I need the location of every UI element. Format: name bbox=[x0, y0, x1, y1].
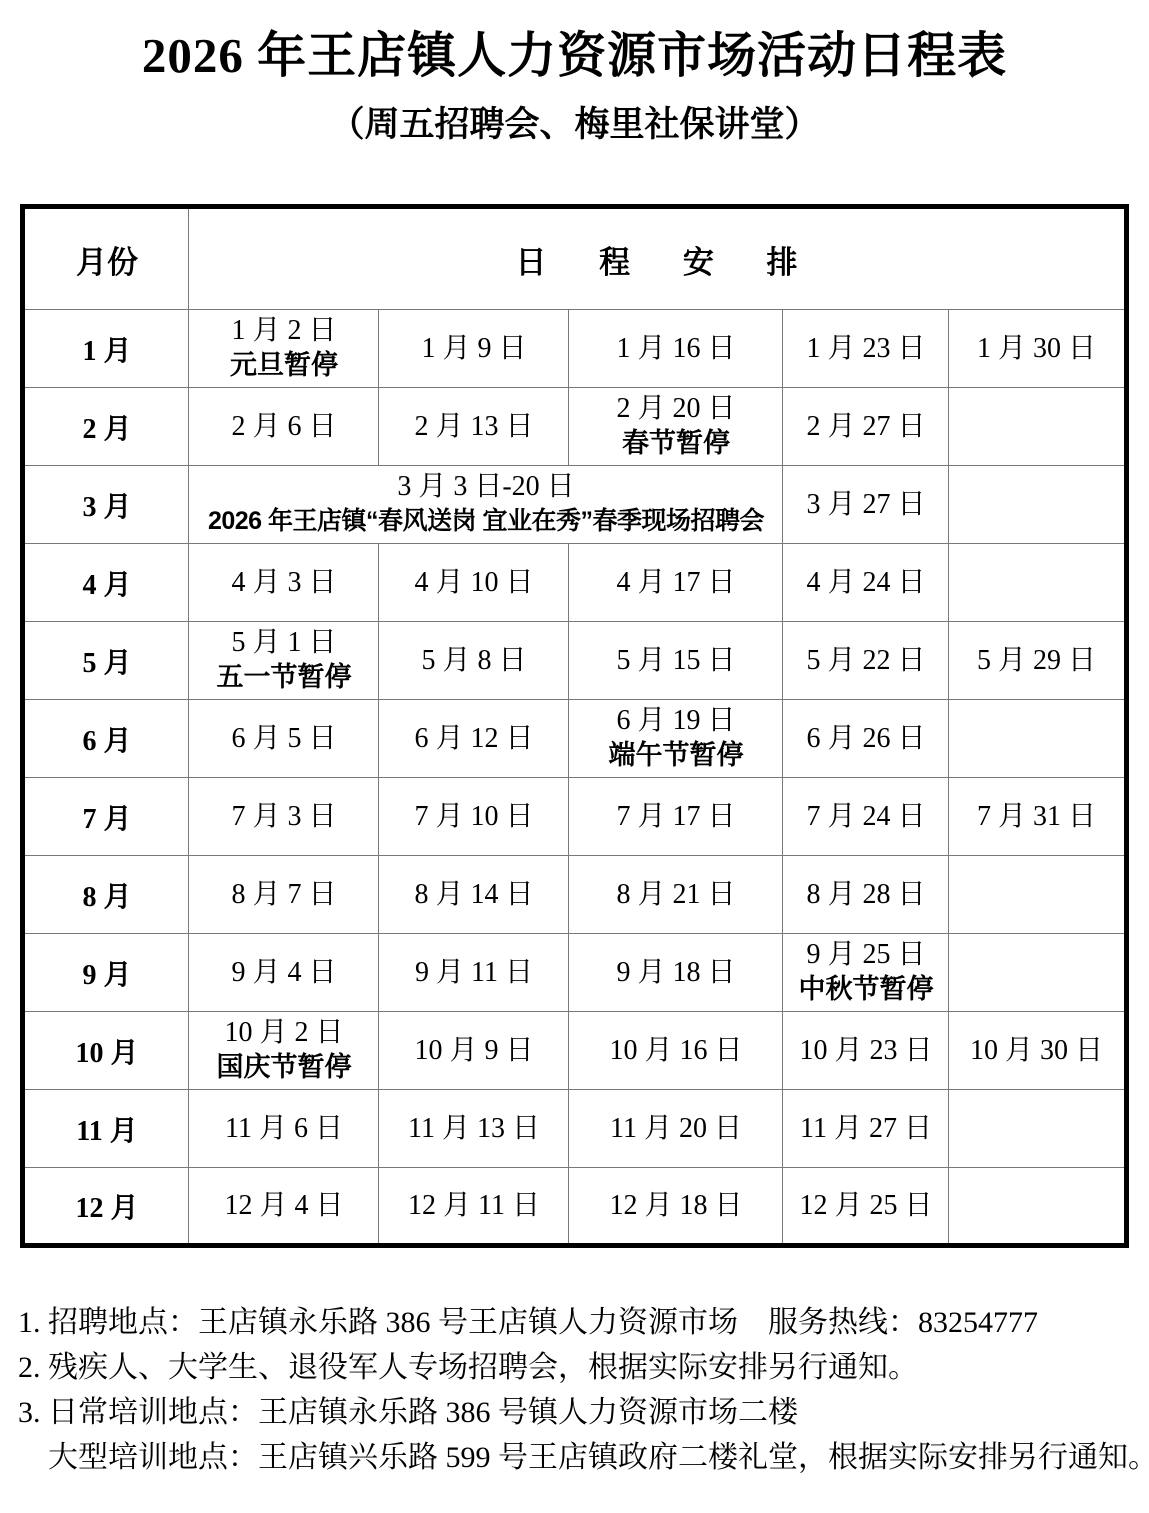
date-text: 7 月 24 日 bbox=[783, 800, 948, 834]
table-row-oct: 10 月 10 月 2 日国庆节暂停 10 月 9 日 10 月 16 日 10… bbox=[23, 1012, 1126, 1090]
date-cell: 5 月 15 日 bbox=[569, 622, 783, 700]
month-cell: 6 月 bbox=[23, 700, 189, 778]
date-cell: 8 月 21 日 bbox=[569, 856, 783, 934]
date-text: 11 月 20 日 bbox=[569, 1112, 782, 1146]
date-cell: 9 月 18 日 bbox=[569, 934, 783, 1012]
date-cell: 10 月 23 日 bbox=[783, 1012, 949, 1090]
schedule-table: 月份 日程安排 1 月 1 月 2 日元旦暂停 1 月 9 日 1 月 16 日… bbox=[20, 204, 1128, 1248]
date-cell: 11 月 13 日 bbox=[379, 1090, 569, 1168]
date-text: 8 月 28 日 bbox=[783, 878, 948, 912]
date-cell: 8 月 14 日 bbox=[379, 856, 569, 934]
month-cell: 9 月 bbox=[23, 934, 189, 1012]
date-text: 1 月 16 日 bbox=[569, 332, 782, 366]
header-cell-schedule: 日程安排 bbox=[189, 207, 1126, 310]
header-cell-month: 月份 bbox=[23, 207, 189, 310]
date-cell: 7 月 24 日 bbox=[783, 778, 949, 856]
date-text: 11 月 13 日 bbox=[379, 1112, 568, 1146]
date-text: 12 月 4 日 bbox=[189, 1189, 378, 1223]
date-text: 4 月 17 日 bbox=[569, 566, 782, 600]
date-cell: 8 月 28 日 bbox=[783, 856, 949, 934]
date-cell: 10 月 2 日国庆节暂停 bbox=[189, 1012, 379, 1090]
date-text: 2 月 20 日 bbox=[569, 392, 782, 426]
date-cell: 4 月 10 日 bbox=[379, 544, 569, 622]
date-cell: 6 月 12 日 bbox=[379, 700, 569, 778]
date-cell: 9 月 11 日 bbox=[379, 934, 569, 1012]
date-text: 7 月 3 日 bbox=[189, 800, 378, 834]
table-row-jun: 6 月 6 月 5 日 6 月 12 日 6 月 19 日端午节暂停 6 月 2… bbox=[23, 700, 1126, 778]
date-cell: 11 月 20 日 bbox=[569, 1090, 783, 1168]
date-cell: 11 月 27 日 bbox=[783, 1090, 949, 1168]
date-text: 4 月 24 日 bbox=[783, 566, 948, 600]
holiday-note: 端午节暂停 bbox=[569, 738, 782, 773]
table-row-jul: 7 月 7 月 3 日 7 月 10 日 7 月 17 日 7 月 24 日 7… bbox=[23, 778, 1126, 856]
table-header-row: 月份 日程安排 bbox=[23, 207, 1126, 310]
date-cell: 12 月 25 日 bbox=[783, 1168, 949, 1246]
date-cell: 12 月 4 日 bbox=[189, 1168, 379, 1246]
table-row-jan: 1 月 1 月 2 日元旦暂停 1 月 9 日 1 月 16 日 1 月 23 … bbox=[23, 310, 1126, 388]
date-cell: 1 月 2 日元旦暂停 bbox=[189, 310, 379, 388]
note-daily-training-location: 3. 日常培训地点：王店镇永乐路 386 号镇人力资源市场二楼 bbox=[18, 1390, 1149, 1435]
date-text: 2 月 13 日 bbox=[379, 410, 568, 444]
date-cell: 1 月 9 日 bbox=[379, 310, 569, 388]
table-row-apr: 4 月 4 月 3 日 4 月 10 日 4 月 17 日 4 月 24 日 bbox=[23, 544, 1126, 622]
date-text: 6 月 5 日 bbox=[189, 722, 378, 756]
date-text: 6 月 12 日 bbox=[379, 722, 568, 756]
date-cell: 6 月 19 日端午节暂停 bbox=[569, 700, 783, 778]
date-text: 9 月 11 日 bbox=[379, 956, 568, 990]
date-cell bbox=[949, 388, 1126, 466]
date-text: 6 月 19 日 bbox=[569, 704, 782, 738]
date-cell: 6 月 5 日 bbox=[189, 700, 379, 778]
date-cell: 5 月 22 日 bbox=[783, 622, 949, 700]
date-text: 11 月 6 日 bbox=[189, 1112, 378, 1146]
date-cell bbox=[949, 1090, 1126, 1168]
date-text: 5 月 22 日 bbox=[783, 644, 948, 678]
date-cell: 1 月 16 日 bbox=[569, 310, 783, 388]
date-cell: 7 月 17 日 bbox=[569, 778, 783, 856]
note-large-training-location: 大型培训地点：王店镇兴乐路 599 号王店镇政府二楼礼堂，根据实际安排另行通知。 bbox=[18, 1435, 1149, 1480]
date-text: 10 月 30 日 bbox=[949, 1034, 1123, 1068]
date-text: 1 月 23 日 bbox=[783, 332, 948, 366]
date-text: 12 月 11 日 bbox=[379, 1189, 568, 1223]
date-cell: 5 月 1 日五一节暂停 bbox=[189, 622, 379, 700]
holiday-note: 中秋节暂停 bbox=[783, 972, 948, 1007]
table-row-dec: 12 月 12 月 4 日 12 月 11 日 12 月 18 日 12 月 2… bbox=[23, 1168, 1126, 1246]
month-cell: 3 月 bbox=[23, 466, 189, 544]
date-text: 12 月 18 日 bbox=[569, 1189, 782, 1223]
holiday-note: 国庆节暂停 bbox=[189, 1050, 378, 1085]
date-text: 6 月 26 日 bbox=[783, 722, 948, 756]
date-cell: 4 月 24 日 bbox=[783, 544, 949, 622]
date-text: 7 月 17 日 bbox=[569, 800, 782, 834]
date-cell: 10 月 30 日 bbox=[949, 1012, 1126, 1090]
month-cell: 2 月 bbox=[23, 388, 189, 466]
date-cell: 9 月 4 日 bbox=[189, 934, 379, 1012]
date-text: 7 月 10 日 bbox=[379, 800, 568, 834]
date-cell: 10 月 16 日 bbox=[569, 1012, 783, 1090]
date-cell: 12 月 18 日 bbox=[569, 1168, 783, 1246]
date-cell: 2 月 27 日 bbox=[783, 388, 949, 466]
date-cell: 1 月 30 日 bbox=[949, 310, 1126, 388]
date-text: 1 月 9 日 bbox=[379, 332, 568, 366]
date-text: 11 月 27 日 bbox=[783, 1112, 948, 1146]
date-cell: 2 月 13 日 bbox=[379, 388, 569, 466]
date-text: 1 月 2 日 bbox=[189, 314, 378, 348]
date-text: 2 月 27 日 bbox=[783, 410, 948, 444]
month-cell: 10 月 bbox=[23, 1012, 189, 1090]
date-text: 1 月 30 日 bbox=[949, 332, 1123, 366]
table-row-aug: 8 月 8 月 7 日 8 月 14 日 8 月 21 日 8 月 28 日 bbox=[23, 856, 1126, 934]
date-cell: 7 月 10 日 bbox=[379, 778, 569, 856]
date-cell: 7 月 3 日 bbox=[189, 778, 379, 856]
table-row-mar: 3 月 3 月 3 日-20 日2026 年王店镇“春风送岗 宜业在秀”春季现场… bbox=[23, 466, 1126, 544]
table-row-nov: 11 月 11 月 6 日 11 月 13 日 11 月 20 日 11 月 2… bbox=[23, 1090, 1126, 1168]
date-cell: 11 月 6 日 bbox=[189, 1090, 379, 1168]
date-cell bbox=[949, 466, 1126, 544]
merged-event-cell: 3 月 3 日-20 日2026 年王店镇“春风送岗 宜业在秀”春季现场招聘会 bbox=[189, 466, 783, 544]
table-row-sep: 9 月 9 月 4 日 9 月 11 日 9 月 18 日 9 月 25 日中秋… bbox=[23, 934, 1126, 1012]
table-row-feb: 2 月 2 月 6 日 2 月 13 日 2 月 20 日春节暂停 2 月 27… bbox=[23, 388, 1126, 466]
date-cell bbox=[949, 544, 1126, 622]
date-cell: 5 月 8 日 bbox=[379, 622, 569, 700]
date-text: 9 月 4 日 bbox=[189, 956, 378, 990]
page-subtitle: （周五招聘会、梅里社保讲堂） bbox=[0, 102, 1149, 148]
month-cell: 5 月 bbox=[23, 622, 189, 700]
date-text: 7 月 31 日 bbox=[949, 800, 1123, 834]
note-recruitment-location: 1. 招聘地点：王店镇永乐路 386 号王店镇人力资源市场 服务热线：83254… bbox=[18, 1300, 1149, 1345]
date-text: 10 月 16 日 bbox=[569, 1034, 782, 1068]
date-cell: 9 月 25 日中秋节暂停 bbox=[783, 934, 949, 1012]
date-text: 3 月 27 日 bbox=[783, 488, 948, 522]
holiday-note: 五一节暂停 bbox=[189, 660, 378, 695]
date-text: 8 月 21 日 bbox=[569, 878, 782, 912]
date-text: 5 月 15 日 bbox=[569, 644, 782, 678]
month-cell: 8 月 bbox=[23, 856, 189, 934]
date-cell: 1 月 23 日 bbox=[783, 310, 949, 388]
date-cell: 4 月 17 日 bbox=[569, 544, 783, 622]
holiday-note: 元旦暂停 bbox=[189, 348, 378, 383]
date-cell bbox=[949, 700, 1126, 778]
date-cell: 2 月 6 日 bbox=[189, 388, 379, 466]
date-cell: 5 月 29 日 bbox=[949, 622, 1126, 700]
holiday-note: 春节暂停 bbox=[569, 426, 782, 461]
date-text: 2 月 6 日 bbox=[189, 410, 378, 444]
month-cell: 11 月 bbox=[23, 1090, 189, 1168]
date-cell: 7 月 31 日 bbox=[949, 778, 1126, 856]
date-text: 12 月 25 日 bbox=[783, 1189, 948, 1223]
date-cell: 2 月 20 日春节暂停 bbox=[569, 388, 783, 466]
date-text: 8 月 7 日 bbox=[189, 878, 378, 912]
date-text: 4 月 3 日 bbox=[189, 566, 378, 600]
date-cell bbox=[949, 934, 1126, 1012]
month-cell: 4 月 bbox=[23, 544, 189, 622]
date-text: 3 月 3 日-20 日 bbox=[189, 470, 782, 504]
date-text: 5 月 8 日 bbox=[379, 644, 568, 678]
date-cell bbox=[949, 856, 1126, 934]
date-text: 10 月 9 日 bbox=[379, 1034, 568, 1068]
date-text: 5 月 1 日 bbox=[189, 626, 378, 660]
month-cell: 12 月 bbox=[23, 1168, 189, 1246]
date-text: 10 月 2 日 bbox=[189, 1016, 378, 1050]
event-title: 2026 年王店镇“春风送岗 宜业在秀”春季现场招聘会 bbox=[189, 504, 782, 539]
date-text: 9 月 25 日 bbox=[783, 938, 948, 972]
date-cell: 4 月 3 日 bbox=[189, 544, 379, 622]
date-text: 10 月 23 日 bbox=[783, 1034, 948, 1068]
notes-section: 1. 招聘地点：王店镇永乐路 386 号王店镇人力资源市场 服务热线：83254… bbox=[18, 1300, 1149, 1480]
date-cell: 10 月 9 日 bbox=[379, 1012, 569, 1090]
month-cell: 1 月 bbox=[23, 310, 189, 388]
month-cell: 7 月 bbox=[23, 778, 189, 856]
note-special-job-fairs: 2. 残疾人、大学生、退役军人专场招聘会，根据实际安排另行通知。 bbox=[18, 1345, 1149, 1390]
date-cell: 3 月 27 日 bbox=[783, 466, 949, 544]
date-cell bbox=[949, 1168, 1126, 1246]
date-text: 9 月 18 日 bbox=[569, 956, 782, 990]
document-page: 2026 年王店镇人力资源市场活动日程表 （周五招聘会、梅里社保讲堂） 月份 日… bbox=[0, 26, 1149, 1480]
date-text: 8 月 14 日 bbox=[379, 878, 568, 912]
date-cell: 8 月 7 日 bbox=[189, 856, 379, 934]
date-text: 4 月 10 日 bbox=[379, 566, 568, 600]
table-row-may: 5 月 5 月 1 日五一节暂停 5 月 8 日 5 月 15 日 5 月 22… bbox=[23, 622, 1126, 700]
date-text: 5 月 29 日 bbox=[949, 644, 1123, 678]
date-cell: 6 月 26 日 bbox=[783, 700, 949, 778]
date-cell: 12 月 11 日 bbox=[379, 1168, 569, 1246]
page-title: 2026 年王店镇人力资源市场活动日程表 bbox=[0, 26, 1149, 86]
